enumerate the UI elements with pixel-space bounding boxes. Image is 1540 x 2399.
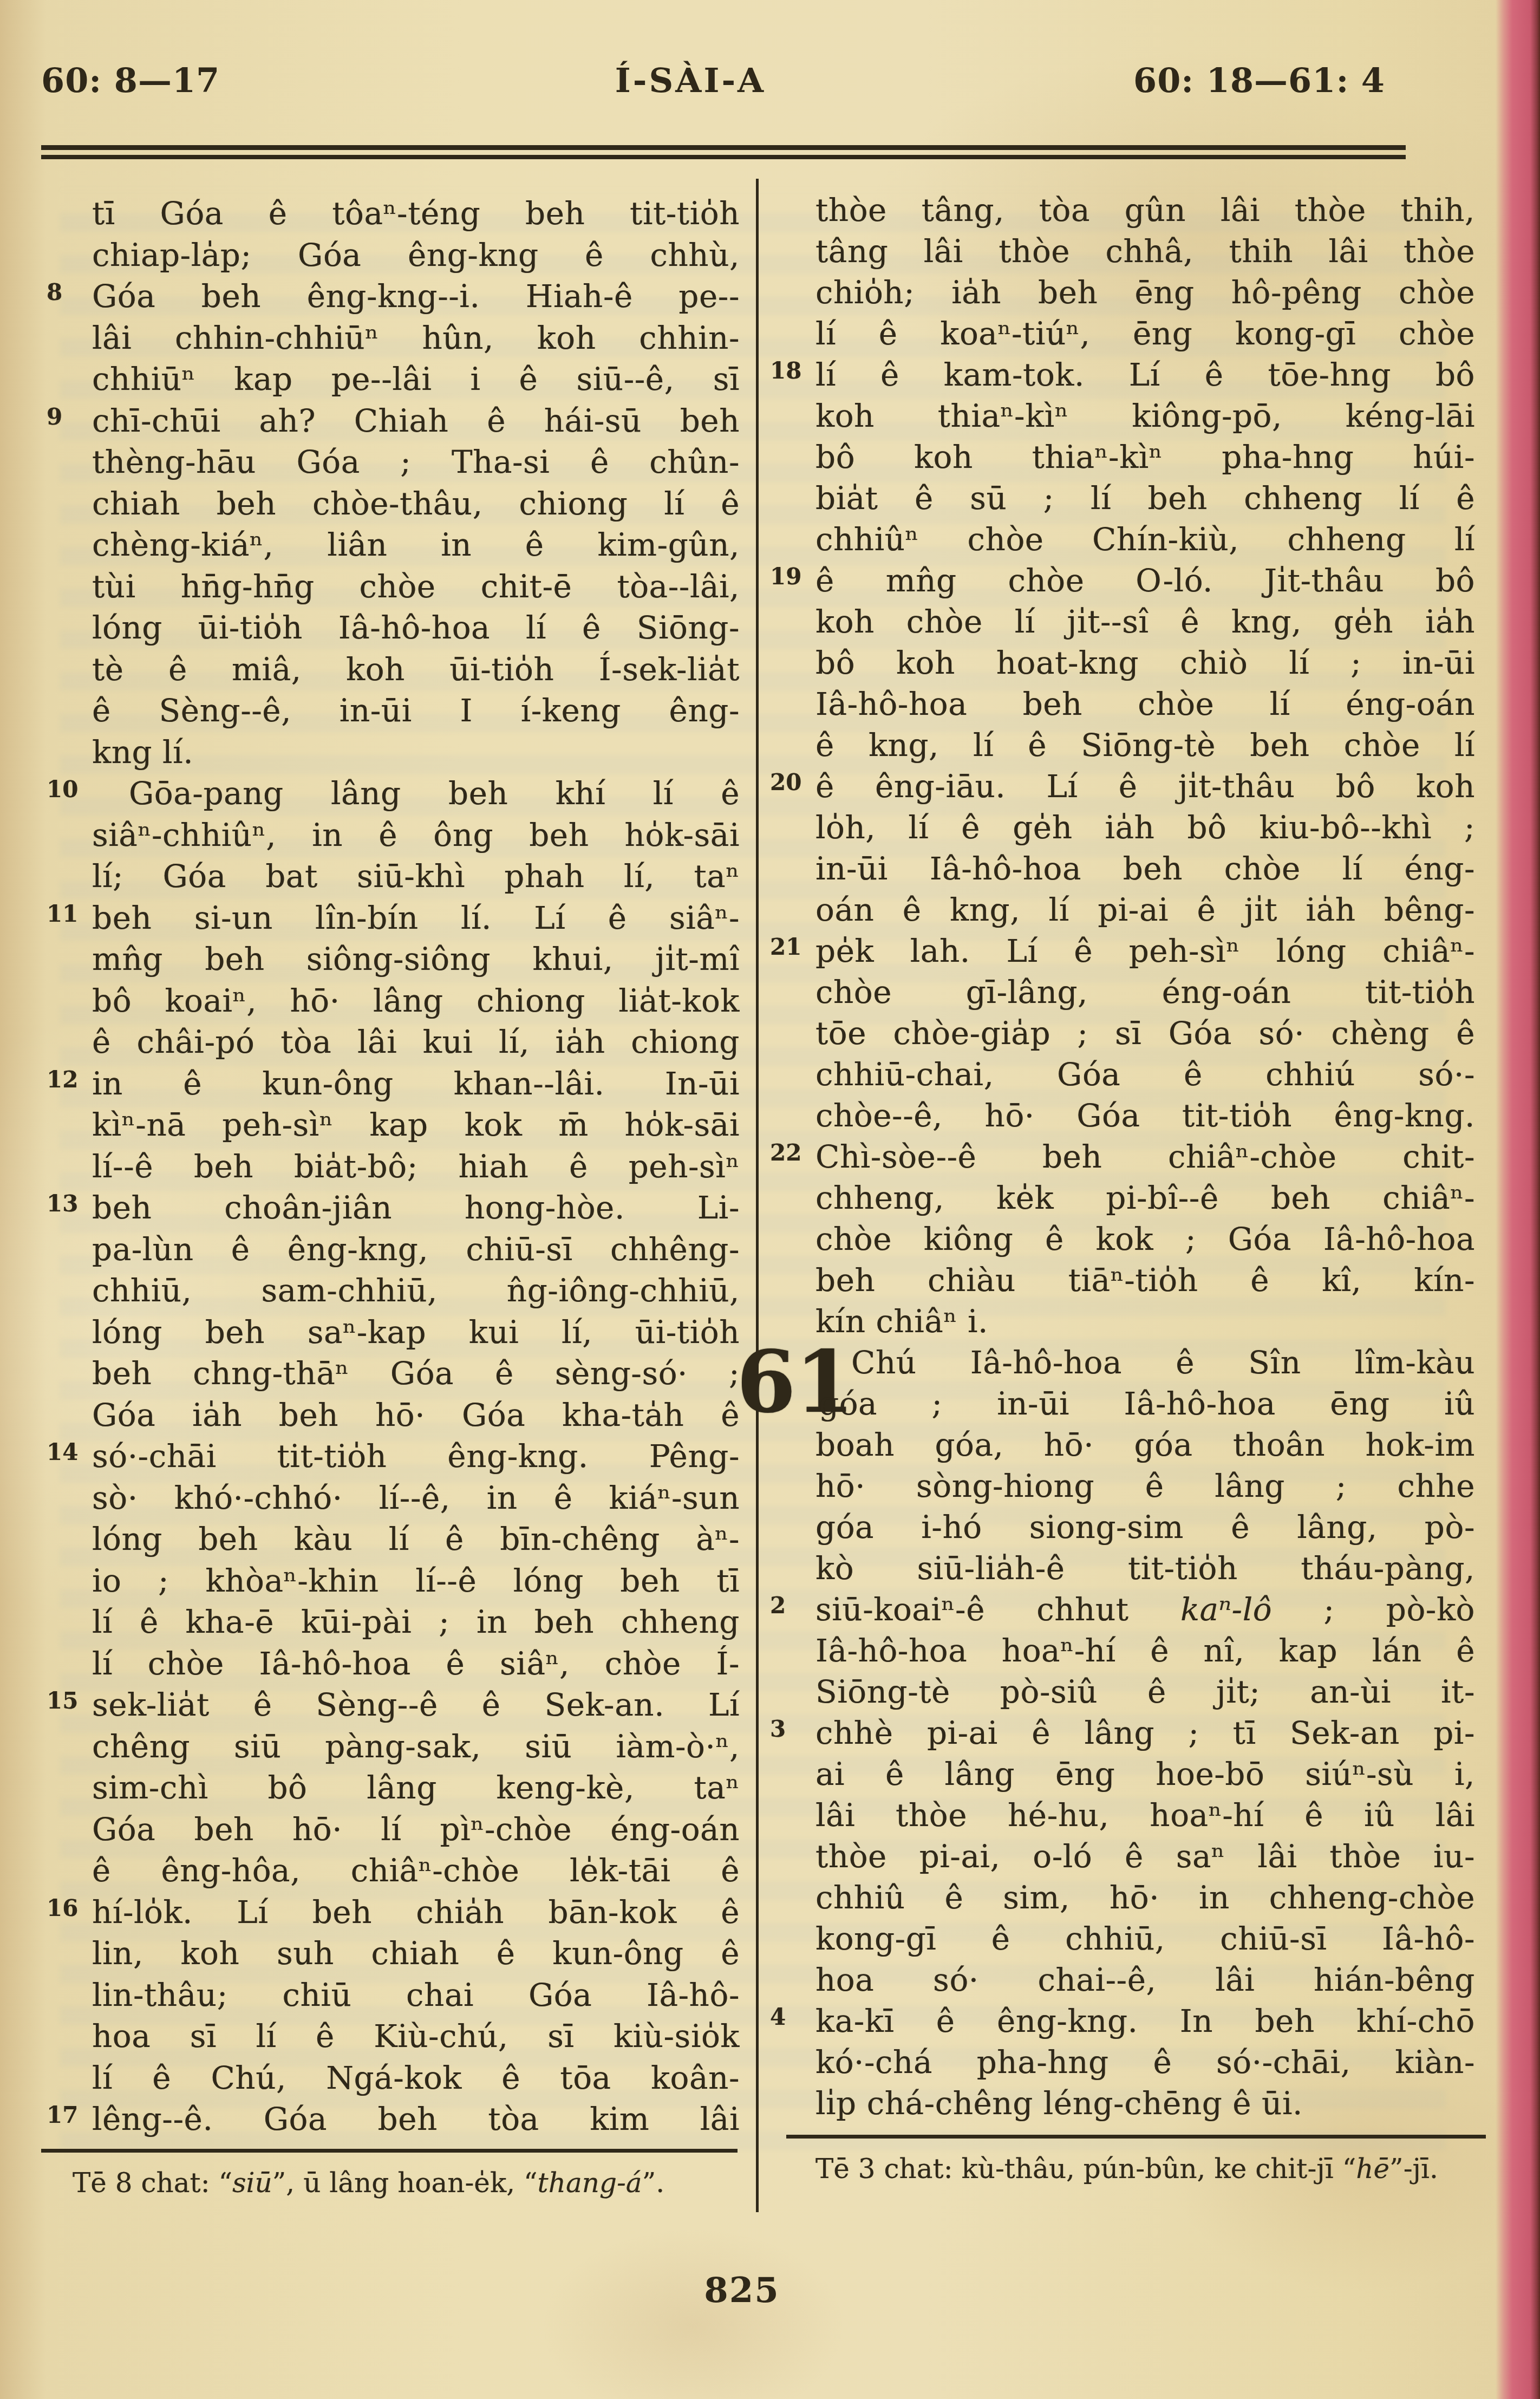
line-text: Chú Iâ-hô-hoa ê Sîn lîm-kàu <box>851 1344 1475 1381</box>
header-double-rule <box>41 145 1406 159</box>
text-line: lin-thâu; chiū chai Góa Iâ-hô- <box>92 1974 740 2016</box>
text-line: 9chī-chūi ah? Chiah ê hái-sū beh <box>92 400 740 442</box>
text-line: 10Gōa-pang lâng beh khí lí ê <box>92 773 740 814</box>
line-text: hí-lo̍k. Lí beh chia̍h bān-kok ê <box>92 1894 740 1931</box>
text-line: thèng-hāu Góa ; Tha-si ê chûn- <box>92 441 740 483</box>
text-line: bô koaiⁿ, hō· lâng chiong lia̍t-kok <box>92 980 740 1022</box>
line-text: ai ê lâng ēng hoe-bō siúⁿ-sù i, <box>815 1756 1475 1792</box>
text-line: lóng beh kàu lí ê bīn-chêng àⁿ- <box>92 1518 740 1560</box>
text-line: 15sek-lia̍t ê Sèng--ê ê Sek-an. Lí <box>92 1684 740 1726</box>
line-text: Gōa-pang lâng beh khí lí ê <box>129 775 740 812</box>
line-text: kìⁿ-nā peh-sìⁿ kap kok m̄ ho̍k-sāi <box>92 1106 740 1143</box>
text-line: koh chòe lí ji̍t--sî ê kng, ge̍h ia̍h <box>815 601 1475 642</box>
line-text: lí; Góa bat siū-khì phah lí, taⁿ <box>92 858 740 895</box>
line-text: lin-thâu; chiū chai Góa Iâ-hô- <box>92 1977 740 2013</box>
text-line: sim-chì bô lâng keng-kè, taⁿ <box>92 1767 740 1809</box>
line-text: lí ê kam-tok. Lí ê tōe-hng bô <box>815 356 1475 393</box>
line-text: lêng--ê. Góa beh tòa kim lâi <box>92 2101 740 2137</box>
header-right-reference: 60: 18—61: 4 <box>1133 61 1385 100</box>
text-line: li̍p chá-chêng léng-chēng ê ūi. <box>815 2083 1475 2124</box>
footnote-rule-right <box>786 2135 1486 2139</box>
text-line: chhiû ê sim, hō· in chheng-chòe <box>815 1877 1475 1918</box>
line-text: chhiū, sam-chhiū, n̂g-iông-chhiū, <box>92 1272 740 1309</box>
verse-number: 12 <box>47 1068 87 1091</box>
text-line: sò· khó·-chhó· lí--ê, in ê kiáⁿ-sun <box>92 1477 740 1519</box>
line-text: Siōng-tè pò-siû ê ji̍t; an-ùi it- <box>815 1673 1475 1710</box>
line-text: bia̍t ê sū ; lí beh chheng lí ê <box>815 480 1475 517</box>
book-fore-edge-tint <box>1496 0 1540 2399</box>
line-text: thòe tâng, tòa gûn lâi thòe thih, <box>815 192 1475 229</box>
line-text: sò· khó·-chhó· lí--ê, in ê kiáⁿ-sun <box>92 1479 740 1516</box>
line-text: chiap-la̍p; Góa êng-kng ê chhù, <box>92 237 740 273</box>
text-line: 13beh choân-jiân hong-hòe. Li- <box>92 1187 740 1229</box>
text-line: chiap-la̍p; Góa êng-kng ê chhù, <box>92 234 740 276</box>
line-text: ka-kī ê êng-kng. In beh khí-chō <box>815 2003 1475 2039</box>
line-text: lí chòe Iâ-hô-hoa ê siâⁿ, chòe Í- <box>92 1645 740 1682</box>
line-text: hoa sī lí ê Kiù-chú, sī kiù-sio̍k <box>92 2018 740 2055</box>
text-line: lâi thòe hé-hu, hoaⁿ-hí ê iû lâi <box>815 1795 1475 1836</box>
text-line: lin, koh suh chiah ê kun-ông ê <box>92 1933 740 1974</box>
column-divider-rule <box>756 179 759 2212</box>
line-text: lí ê Chú, Ngá-kok ê tōa koân- <box>92 2059 740 2096</box>
footnote-left-text: Tē 8 chat: “siū”, ū lâng hoan-e̍k, “than… <box>41 2165 736 2201</box>
text-line: góa ; in-ūi Iâ-hô-hoa ēng iû <box>815 1383 1475 1424</box>
line-text: lóng beh saⁿ-kap kui lí, ūi-tio̍h <box>92 1314 740 1351</box>
text-line: chhiûⁿ chòe Chín-kiù, chheng lí <box>815 519 1475 560</box>
line-text: chòe--ê, hō· Góa tit-tio̍h êng-kng. <box>815 1097 1475 1134</box>
text-line: tī Góa ê tôaⁿ-téng beh tit-tio̍h <box>92 193 740 234</box>
text-line: Chú Iâ-hô-hoa ê Sîn lîm-kàu <box>815 1342 1475 1383</box>
line-text: kong-gī ê chhiū, chiū-sī Iâ-hô- <box>815 1920 1475 1957</box>
line-text: bô koh thiaⁿ-kìⁿ pha-hng húi- <box>815 439 1475 475</box>
line-text: góa i-hó siong-sim ê lâng, pò- <box>815 1509 1475 1546</box>
line-text: chhiû ê sim, hō· in chheng-chòe <box>815 1879 1475 1916</box>
text-line: thòe tâng, tòa gûn lâi thòe thih, <box>815 190 1475 231</box>
text-line: io ; khòaⁿ-khin lí--ê lóng beh tī <box>92 1560 740 1602</box>
scanned-book-page: 60: 8—17 Í-SÀI-A 60: 18—61: 4 tī Góa ê t… <box>0 0 1540 2399</box>
text-line: Iâ-hô-hoa hoaⁿ-hí ê nî, kap lán ê <box>815 1630 1475 1671</box>
verse-number: 2 <box>770 1594 810 1617</box>
line-text: siâⁿ-chhiûⁿ, in ê ông beh ho̍k-sāi <box>92 817 740 853</box>
text-line: 20ê êng-iāu. Lí ê ji̍t-thâu bô koh <box>815 766 1475 807</box>
text-line: 3chhè pi-ai ê lâng ; tī Sek-an pi- <box>815 1712 1475 1753</box>
footnote-right-text: Tē 3 chat: kù-thâu, pún-bûn, ke chit-jī … <box>784 2151 1486 2187</box>
text-line: 14só·-chāi tit-tio̍h êng-kng. Pêng- <box>92 1436 740 1477</box>
line-text: beh choân-jiân hong-hòe. Li- <box>92 1189 740 1226</box>
line-text: lâi thòe hé-hu, hoaⁿ-hí ê iû lâi <box>815 1797 1475 1834</box>
verse-number: 11 <box>47 903 87 925</box>
line-text: lí ê kha-ē kūi-pài ; in beh chheng <box>92 1603 740 1640</box>
line-text: tùi hn̄g-hn̄g chòe chit-ē tòa--lâi, <box>92 568 740 605</box>
line-text: mn̂g beh siông-siông khui, ji̍t-mî <box>92 941 740 977</box>
lines: thòe tâng, tòa gûn lâi thòe thih,tâng lâ… <box>815 190 1475 2124</box>
line-text: chhiûⁿ chòe Chín-kiù, chheng lí <box>815 521 1475 558</box>
running-header: 60: 8—17 Í-SÀI-A 60: 18—61: 4 <box>0 61 1540 104</box>
text-line: ê Sèng--ê, in-ūi I í-keng êng- <box>92 690 740 732</box>
text-line: ê êng-hôa, chiâⁿ-chòe le̍k-tāi ê <box>92 1850 740 1892</box>
line-text: in-ūi Iâ-hô-hoa beh chòe lí éng- <box>815 850 1475 887</box>
verse-number: 3 <box>770 1718 810 1740</box>
text-line: kong-gī ê chhiū, chiū-sī Iâ-hô- <box>815 1918 1475 1959</box>
line-text: chòe gī-lâng, éng-oán tit-tio̍h <box>815 974 1475 1011</box>
line-text: chheng, ke̍k pi-bî--ê beh chiâⁿ- <box>815 1179 1475 1216</box>
page-number: 825 <box>0 2270 1484 2311</box>
text-line: Góa ia̍h beh hō· Góa kha-ta̍h ê <box>92 1394 740 1436</box>
line-text: koh thiaⁿ-kìⁿ kiông-pō, kéng-lāi <box>815 397 1475 434</box>
verse-number: 15 <box>47 1690 87 1712</box>
header-left-reference: 60: 8—17 <box>41 61 220 100</box>
line-text: siū-koaiⁿ-ê chhut kaⁿ-lô ; pò-kò <box>815 1591 1475 1628</box>
text-line: chiah beh chòe-thâu, chiong lí ê <box>92 483 740 525</box>
text-line: lí; Góa bat siū-khì phah lí, taⁿ <box>92 856 740 897</box>
line-text: chêng siū pàng-sak, siū iàm-ò·ⁿ, <box>92 1728 740 1765</box>
text-line: lí ê koaⁿ-tiúⁿ, ēng kong-gī chòe <box>815 313 1475 354</box>
verse-number: 22 <box>770 1142 810 1164</box>
footnote-rule-left <box>41 2149 738 2153</box>
text-line: tōe chòe-gia̍p ; sī Góa só· chèng ê <box>815 1013 1475 1054</box>
text-line: lí--ê beh bia̍t-bô; hiah ê peh-sìⁿ <box>92 1146 740 1188</box>
line-text: kò siū-lia̍h-ê tit-tio̍h tháu-pàng, <box>815 1550 1475 1587</box>
line-text: chèng-kiáⁿ, liân in ê kim-gûn, <box>92 526 740 563</box>
book-title: Í-SÀI-A <box>541 61 839 100</box>
line-text: tâng lâi thòe chhâ, thih lâi thòe <box>815 233 1475 270</box>
text-line: góa i-hó siong-sim ê lâng, pò- <box>815 1507 1475 1548</box>
verse-number: 4 <box>770 2006 810 2029</box>
line-text: ê châi-pó tòa lâi kui lí, ia̍h chiong <box>92 1024 740 1060</box>
text-line: lóng beh saⁿ-kap kui lí, ūi-tio̍h <box>92 1312 740 1353</box>
line-text: pa-lùn ê êng-kng, chiū-sī chhêng- <box>92 1231 740 1268</box>
text-line: Siōng-tè pò-siû ê ji̍t; an-ùi it- <box>815 1671 1475 1712</box>
text-line: lí chòe Iâ-hô-hoa ê siâⁿ, chòe Í- <box>92 1643 740 1685</box>
line-text: chhiū-chai, Góa ê chhiú só·- <box>815 1056 1475 1093</box>
text-line: beh chiàu tiāⁿ-tio̍h ê kî, kín- <box>815 1260 1475 1301</box>
line-text: tī Góa ê tôaⁿ-téng beh tit-tio̍h <box>92 195 740 232</box>
verse-number: 10 <box>47 778 87 801</box>
line-text: beh chiàu tiāⁿ-tio̍h ê kî, kín- <box>815 1262 1475 1299</box>
line-text: sim-chì bô lâng keng-kè, taⁿ <box>92 1769 740 1806</box>
text-line: ê kng, lí ê Siōng-tè beh chòe lí <box>815 725 1475 766</box>
verse-number: 20 <box>770 771 810 794</box>
line-text: ê êng-hôa, chiâⁿ-chòe le̍k-tāi ê <box>92 1852 740 1889</box>
line-text: chòe kiông ê kok ; Góa Iâ-hô-hoa <box>815 1221 1475 1257</box>
line-text: thèng-hāu Góa ; Tha-si ê chûn- <box>92 444 740 480</box>
line-text: pe̍k lah. Lí ê peh-sìⁿ lóng chiâⁿ- <box>815 933 1475 969</box>
line-text: beh chng-thāⁿ Góa ê sèng-só· ; <box>92 1355 740 1392</box>
line-text: Chì-sòe--ê beh chiâⁿ-chòe chit- <box>815 1138 1475 1175</box>
line-text: chio̍h; ia̍h beh ēng hô-pêng chòe <box>815 274 1475 311</box>
line-text: ê mn̂g chòe O-ló. Ji̍t-thâu bô <box>815 562 1475 599</box>
line-text: lí--ê beh bia̍t-bô; hiah ê peh-sìⁿ <box>92 1148 740 1185</box>
line-text: ê êng-iāu. Lí ê ji̍t-thâu bô koh <box>815 768 1475 805</box>
line-text: chhiūⁿ kap pe--lâi i ê siū--ê, sī <box>92 361 740 397</box>
line-text: beh si-un lîn-bín lí. Lí ê siâⁿ- <box>92 899 740 936</box>
line-text: thòe pi-ai, o-ló ê saⁿ lâi thòe iu- <box>815 1838 1475 1875</box>
text-line: hō· sòng-hiong ê lâng ; chhe <box>815 1465 1475 1507</box>
text-line: Iâ-hô-hoa beh chòe lí éng-oán <box>815 683 1475 725</box>
line-text: lí ê koaⁿ-tiúⁿ, ēng kong-gī chòe <box>815 315 1475 352</box>
text-line: 19ê mn̂g chòe O-ló. Ji̍t-thâu bô <box>815 560 1475 601</box>
line-text: kín chiâⁿ i. <box>815 1303 988 1340</box>
text-line: bia̍t ê sū ; lí beh chheng lí ê <box>815 478 1475 519</box>
text-line: chhiū, sam-chhiū, n̂g-iông-chhiū, <box>92 1270 740 1312</box>
text-line: chòe--ê, hō· Góa tit-tio̍h êng-kng. <box>815 1095 1475 1136</box>
text-line: 21pe̍k lah. Lí ê peh-sìⁿ lóng chiâⁿ- <box>815 930 1475 972</box>
verse-number: 19 <box>770 565 810 588</box>
text-line: koh thiaⁿ-kìⁿ kiông-pō, kéng-lāi <box>815 395 1475 436</box>
line-text: tōe chòe-gia̍p ; sī Góa só· chèng ê <box>815 1015 1475 1052</box>
verse-number: 8 <box>47 281 87 304</box>
line-text: in ê kun-ông khan--lâi. In-ūi <box>92 1065 740 1102</box>
line-text: lóng ūi-tio̍h Iâ-hô-hoa lí ê Siōng- <box>92 609 740 646</box>
text-line: chhiū-chai, Góa ê chhiú só·- <box>815 1054 1475 1095</box>
text-line: hoa sī lí ê Kiù-chú, sī kiù-sio̍k <box>92 2016 740 2057</box>
line-text: sek-lia̍t ê Sèng--ê ê Sek-an. Lí <box>92 1686 740 1723</box>
text-line: bô koh hoat-kng chiò lí ; in-ūi <box>815 642 1475 683</box>
text-line: oán ê kng, lí pi-ai ê ji̍t ia̍h bêng- <box>815 889 1475 930</box>
line-text: ê kng, lí ê Siōng-tè beh chòe lí <box>815 727 1475 764</box>
right-text-column: 61 thòe tâng, tòa gûn lâi thòe thih,tâng… <box>815 190 1475 2124</box>
left-text-column: tī Góa ê tôaⁿ-téng beh tit-tio̍hchiap-la… <box>92 193 740 2140</box>
line-text: chhè pi-ai ê lâng ; tī Sek-an pi- <box>815 1714 1475 1751</box>
text-line: 11beh si-un lîn-bín lí. Lí ê siâⁿ- <box>92 897 740 939</box>
line-text: hō· sòng-hiong ê lâng ; chhe <box>815 1468 1475 1504</box>
line-text: boah góa, hō· góa thoân hok-im <box>815 1426 1475 1463</box>
text-line: lâi chhin-chhiūⁿ hûn, koh chhin- <box>92 317 740 359</box>
text-line: kó·-chá pha-hng ê só·-chāi, kiàn- <box>815 2042 1475 2083</box>
text-line: chio̍h; ia̍h beh ēng hô-pêng chòe <box>815 272 1475 313</box>
text-line: chheng, ke̍k pi-bî--ê beh chiâⁿ- <box>815 1177 1475 1218</box>
line-text: tè ê miâ, koh ūi-tio̍h Í-sek-lia̍t <box>92 651 740 688</box>
text-line: lí ê kha-ē kūi-pài ; in beh chheng <box>92 1601 740 1643</box>
line-text: lóng beh kàu lí ê bīn-chêng àⁿ- <box>92 1521 740 1557</box>
text-line: 16hí-lo̍k. Lí beh chia̍h bān-kok ê <box>92 1892 740 1933</box>
line-text: hoa só· chai--ê, lâi hián-bêng <box>815 1961 1475 1998</box>
line-text: lo̍h, lí ê ge̍h ia̍h bô kiu-bô--khì ; <box>815 809 1475 846</box>
text-line: ê châi-pó tòa lâi kui lí, ia̍h chiong <box>92 1021 740 1063</box>
verse-number: 14 <box>47 1441 87 1464</box>
text-line: tè ê miâ, koh ūi-tio̍h Í-sek-lia̍t <box>92 649 740 690</box>
text-line: siâⁿ-chhiûⁿ, in ê ông beh ho̍k-sāi <box>92 814 740 856</box>
text-line: 4ka-kī ê êng-kng. In beh khí-chō <box>815 2000 1475 2042</box>
line-text: chiah beh chòe-thâu, chiong lí ê <box>92 485 740 522</box>
text-line: kng lí. <box>92 732 740 773</box>
line-text: só·-chāi tit-tio̍h êng-kng. Pêng- <box>92 1438 740 1475</box>
text-line: chêng siū pàng-sak, siū iàm-ò·ⁿ, <box>92 1726 740 1768</box>
line-text: kng lí. <box>92 734 193 771</box>
text-line: pa-lùn ê êng-kng, chiū-sī chhêng- <box>92 1229 740 1270</box>
line-text: Góa beh êng-kng--i. Hiah-ê pe-- <box>92 278 740 315</box>
line-text: kó·-chá pha-hng ê só·-chāi, kiàn- <box>815 2044 1475 2081</box>
line-text: bô koh hoat-kng chiò lí ; in-ūi <box>815 644 1475 681</box>
line-text: li̍p chá-chêng léng-chēng ê ūi. <box>815 2085 1303 2122</box>
verse-number: 13 <box>47 1192 87 1215</box>
line-text: koh chòe lí ji̍t--sî ê kng, ge̍h ia̍h <box>815 603 1475 640</box>
line-text: Góa beh hō· lí pìⁿ-chòe éng-oán <box>92 1811 740 1848</box>
text-line: lo̍h, lí ê ge̍h ia̍h bô kiu-bô--khì ; <box>815 807 1475 848</box>
text-line: 17lêng--ê. Góa beh tòa kim lâi <box>92 2098 740 2140</box>
text-line: lóng ūi-tio̍h Iâ-hô-hoa lí ê Siōng- <box>92 607 740 649</box>
text-line: lí ê Chú, Ngá-kok ê tōa koân- <box>92 2057 740 2099</box>
line-text: bô koaiⁿ, hō· lâng chiong lia̍t-kok <box>92 982 740 1019</box>
verse-number: 17 <box>47 2104 87 2127</box>
lines: tī Góa ê tôaⁿ-téng beh tit-tio̍hchiap-la… <box>92 193 740 2140</box>
verse-number: 18 <box>770 360 810 382</box>
text-line: chèng-kiáⁿ, liân in ê kim-gûn, <box>92 524 740 566</box>
line-text: ê Sèng--ê, in-ūi I í-keng êng- <box>92 692 740 729</box>
line-text: Iâ-hô-hoa hoaⁿ-hí ê nî, kap lán ê <box>815 1632 1475 1669</box>
line-text: io ; khòaⁿ-khin lí--ê lóng beh tī <box>92 1562 740 1599</box>
text-line: Góa beh hō· lí pìⁿ-chòe éng-oán <box>92 1809 740 1850</box>
line-text: lâi chhin-chhiūⁿ hûn, koh chhin- <box>92 320 740 356</box>
line-text: chī-chūi ah? Chiah ê hái-sū beh <box>92 402 740 439</box>
text-line: tùi hn̄g-hn̄g chòe chit-ē tòa--lâi, <box>92 566 740 608</box>
text-line: chòe gī-lâng, éng-oán tit-tio̍h <box>815 972 1475 1013</box>
text-line: tâng lâi thòe chhâ, thih lâi thòe <box>815 231 1475 272</box>
line-text: góa ; in-ūi Iâ-hô-hoa ēng iû <box>819 1385 1475 1422</box>
text-line: in-ūi Iâ-hô-hoa beh chòe lí éng- <box>815 848 1475 889</box>
text-line: beh chng-thāⁿ Góa ê sèng-só· ; <box>92 1353 740 1394</box>
verse-number: 16 <box>47 1897 87 1920</box>
verse-number: 21 <box>770 936 810 959</box>
line-text: lin, koh suh chiah ê kun-ông ê <box>92 1935 740 1972</box>
text-line: kò siū-lia̍h-ê tit-tio̍h tháu-pàng, <box>815 1548 1475 1589</box>
text-line: boah góa, hō· góa thoân hok-im <box>815 1424 1475 1465</box>
line-text: Iâ-hô-hoa beh chòe lí éng-oán <box>815 686 1475 722</box>
text-line: kín chiâⁿ i. <box>815 1301 1475 1342</box>
text-line: bô koh thiaⁿ-kìⁿ pha-hng húi- <box>815 436 1475 478</box>
line-text: Góa ia̍h beh hō· Góa kha-ta̍h ê <box>92 1397 740 1433</box>
text-line: 18lí ê kam-tok. Lí ê tōe-hng bô <box>815 354 1475 395</box>
text-line: mn̂g beh siông-siông khui, ji̍t-mî <box>92 938 740 980</box>
text-line: 2siū-koaiⁿ-ê chhut kaⁿ-lô ; pò-kò <box>815 1589 1475 1630</box>
line-text: oán ê kng, lí pi-ai ê ji̍t ia̍h bêng- <box>815 891 1475 928</box>
text-line: 12in ê kun-ông khan--lâi. In-ūi <box>92 1063 740 1105</box>
text-line: kìⁿ-nā peh-sìⁿ kap kok m̄ ho̍k-sāi <box>92 1104 740 1146</box>
text-line: hoa só· chai--ê, lâi hián-bêng <box>815 1959 1475 2000</box>
text-line: thòe pi-ai, o-ló ê saⁿ lâi thòe iu- <box>815 1836 1475 1877</box>
verse-number: 9 <box>47 406 87 428</box>
text-line: 8Góa beh êng-kng--i. Hiah-ê pe-- <box>92 276 740 317</box>
text-line: ai ê lâng ēng hoe-bō siúⁿ-sù i, <box>815 1753 1475 1795</box>
text-line: 22Chì-sòe--ê beh chiâⁿ-chòe chit- <box>815 1136 1475 1177</box>
text-line: chhiūⁿ kap pe--lâi i ê siū--ê, sī <box>92 358 740 400</box>
text-line: chòe kiông ê kok ; Góa Iâ-hô-hoa <box>815 1218 1475 1260</box>
